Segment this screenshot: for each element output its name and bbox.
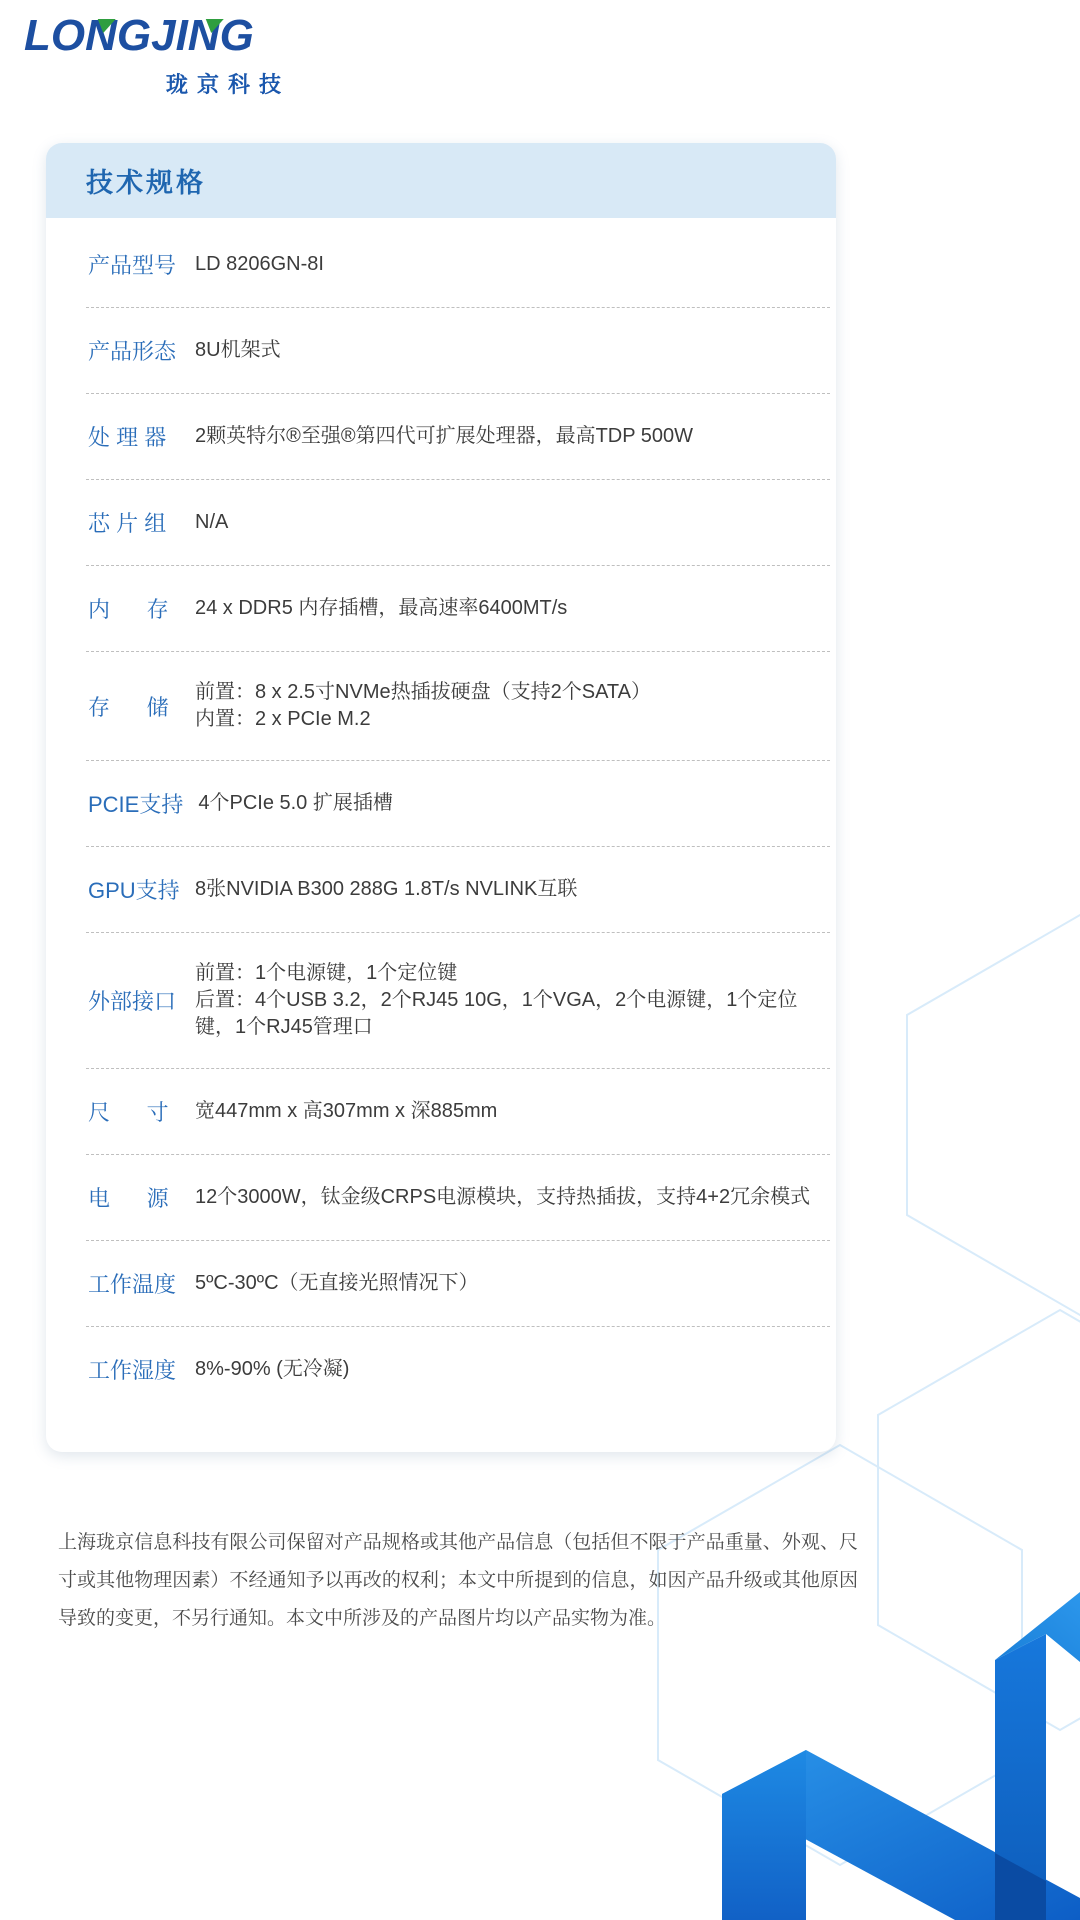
spec-value-line: 12个3000W，钛金级CRPS电源模块，支持热插拔，支持4+2冗余模式 bbox=[195, 1184, 810, 1211]
spec-value-line: 5ºC-30ºC（无直接光照情况下） bbox=[195, 1270, 479, 1297]
spec-value-line: 前置：8 x 2.5寸NVMe热插拔硬盘（支持2个SATA） bbox=[195, 679, 651, 706]
spec-value: 8张NVIDIA B300 288G 1.8T/s NVLINK互联 bbox=[195, 876, 577, 903]
spec-row: GPU支持 8张NVIDIA B300 288G 1.8T/s NVLINK互联 bbox=[86, 847, 830, 933]
spec-label: 尺 寸 bbox=[88, 1096, 180, 1127]
spec-row: 产品型号 LD 8206GN-8I bbox=[86, 222, 830, 308]
brand-subtext: 珑京科技 bbox=[166, 68, 290, 99]
spec-label: 产品型号 bbox=[88, 249, 180, 280]
spec-label: 电 源 bbox=[88, 1182, 180, 1213]
spec-row: 工作湿度 8%-90% (无冷凝) bbox=[86, 1327, 830, 1412]
spec-value: LD 8206GN-8I bbox=[195, 251, 324, 278]
spec-value: 24 x DDR5 内存插槽，最高速率6400MT/s bbox=[195, 595, 567, 622]
spec-row: 外部接口 前置：1个电源键，1个定位键后置：4个USB 3.2，2个RJ45 1… bbox=[86, 933, 830, 1069]
n-ribbon-logo-icon bbox=[722, 1592, 1080, 1920]
spec-value: N/A bbox=[195, 509, 228, 536]
spec-row: 芯 片 组 N/A bbox=[86, 480, 830, 566]
spec-value-line: 24 x DDR5 内存插槽，最高速率6400MT/s bbox=[195, 595, 567, 622]
logo-n-accent-icon bbox=[94, 19, 115, 33]
spec-row: 存 储 前置：8 x 2.5寸NVMe热插拔硬盘（支持2个SATA）内置：2 x… bbox=[86, 652, 830, 761]
spec-value-line: 4个PCIe 5.0 扩展插槽 bbox=[198, 790, 393, 817]
spec-value-line: 宽447mm x 高307mm x 深885mm bbox=[195, 1098, 497, 1125]
spec-value-line: 内置：2 x PCIe M.2 bbox=[195, 706, 651, 733]
spec-value-line: N/A bbox=[195, 509, 228, 536]
spec-row: 工作温度 5ºC-30ºC（无直接光照情况下） bbox=[86, 1241, 830, 1327]
spec-card: 技术规格 产品型号 LD 8206GN-8I 产品形态 8U机架式 处 理 器 … bbox=[46, 143, 836, 1452]
spec-value: 前置：1个电源键，1个定位键后置：4个USB 3.2，2个RJ45 10G，1个… bbox=[195, 960, 814, 1041]
brand-wordmark: LONGJING bbox=[24, 14, 290, 58]
spec-label: PCIE支持 bbox=[88, 788, 183, 819]
spec-value: 2颗英特尔®至强®第四代可扩展处理器，最高TDP 500W bbox=[195, 423, 693, 450]
spec-value: 宽447mm x 高307mm x 深885mm bbox=[195, 1098, 497, 1125]
spec-label: 工作湿度 bbox=[88, 1354, 180, 1385]
spec-row: 电 源 12个3000W，钛金级CRPS电源模块，支持热插拔，支持4+2冗余模式 bbox=[86, 1155, 830, 1241]
brand-logo: LONGJING 珑京科技 bbox=[24, 14, 290, 99]
spec-value: 前置：8 x 2.5寸NVMe热插拔硬盘（支持2个SATA）内置：2 x PCI… bbox=[195, 679, 651, 733]
disclaimer-text: 上海珑京信息科技有限公司保留对产品规格或其他产品信息（包括但不限于产品重量、外观… bbox=[58, 1524, 858, 1638]
spec-value: 4个PCIe 5.0 扩展插槽 bbox=[198, 790, 393, 817]
spec-row: 内 存 24 x DDR5 内存插槽，最高速率6400MT/s bbox=[86, 566, 830, 652]
spec-row: 处 理 器 2颗英特尔®至强®第四代可扩展处理器，最高TDP 500W bbox=[86, 394, 830, 480]
spec-label: 处 理 器 bbox=[88, 421, 180, 452]
spec-label: GPU支持 bbox=[88, 874, 180, 905]
spec-value: 5ºC-30ºC（无直接光照情况下） bbox=[195, 1270, 479, 1297]
spec-row: 尺 寸 宽447mm x 高307mm x 深885mm bbox=[86, 1069, 830, 1155]
spec-card-title: 技术规格 bbox=[86, 161, 206, 200]
spec-label: 工作温度 bbox=[88, 1268, 180, 1299]
spec-value-line: 前置：1个电源键，1个定位键 bbox=[195, 960, 814, 987]
page: LONGJING 珑京科技 技术规格 产品型号 LD 8206GN-8I 产品形… bbox=[0, 0, 1080, 1920]
spec-value-line: 后置：4个USB 3.2，2个RJ45 10G，1个VGA，2个电源键，1个定位… bbox=[195, 987, 814, 1041]
spec-row: 产品形态 8U机架式 bbox=[86, 308, 830, 394]
spec-value-line: 8张NVIDIA B300 288G 1.8T/s NVLINK互联 bbox=[195, 876, 577, 903]
spec-label: 芯 片 组 bbox=[88, 507, 180, 538]
spec-card-header: 技术规格 bbox=[46, 143, 836, 218]
spec-value-line: LD 8206GN-8I bbox=[195, 251, 324, 278]
spec-table: 产品型号 LD 8206GN-8I 产品形态 8U机架式 处 理 器 2颗英特尔… bbox=[86, 218, 830, 1452]
spec-label: 产品形态 bbox=[88, 335, 180, 366]
spec-label: 外部接口 bbox=[88, 985, 180, 1016]
spec-label: 内 存 bbox=[88, 593, 180, 624]
spec-value: 8U机架式 bbox=[195, 337, 281, 364]
spec-value: 8%-90% (无冷凝) bbox=[195, 1356, 349, 1383]
spec-value-line: 8U机架式 bbox=[195, 337, 281, 364]
spec-label: 存 储 bbox=[88, 691, 180, 722]
spec-row: PCIE支持 4个PCIe 5.0 扩展插槽 bbox=[86, 761, 830, 847]
spec-value: 12个3000W，钛金级CRPS电源模块，支持热插拔，支持4+2冗余模式 bbox=[195, 1184, 810, 1211]
spec-value-line: 2颗英特尔®至强®第四代可扩展处理器，最高TDP 500W bbox=[195, 423, 693, 450]
spec-value-line: 8%-90% (无冷凝) bbox=[195, 1356, 349, 1383]
logo-n-accent-icon bbox=[202, 19, 223, 33]
